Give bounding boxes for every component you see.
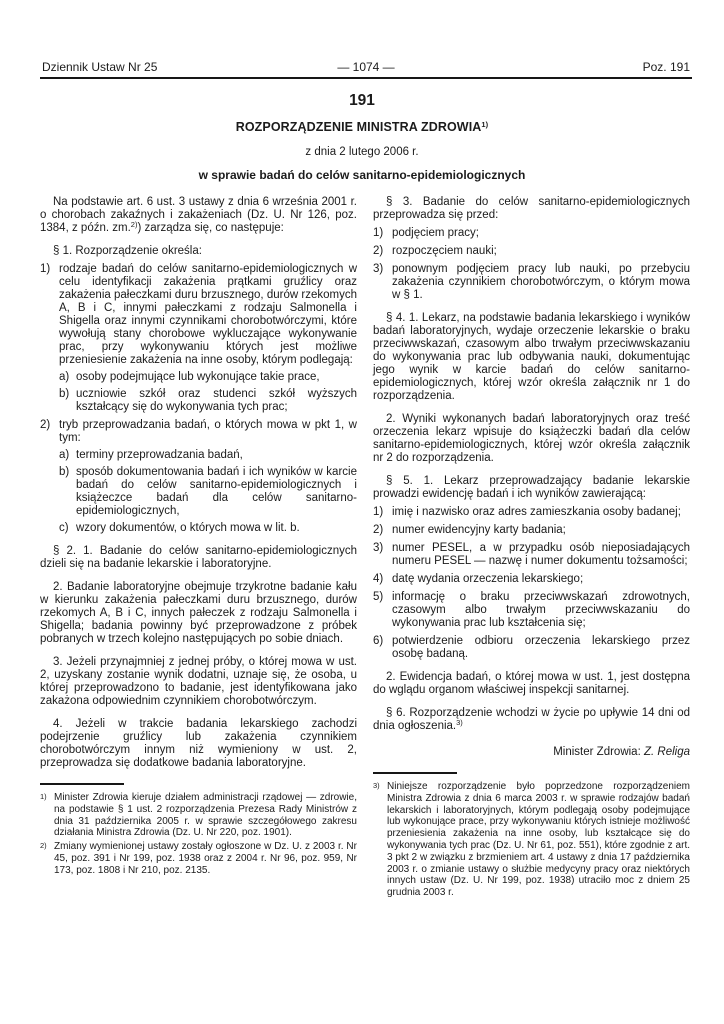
act-title: ROZPORZĄDZENIE MINISTRA ZDROWIA1): [0, 120, 724, 134]
paragraph: 2. Ewidencja badań, o której mowa w ust.…: [373, 671, 690, 697]
document-page: Dziennik Ustaw Nr 25 — 1074 — Poz. 191 1…: [0, 0, 724, 1024]
list-item-text: wzory dokumentów, o których mowa w lit. …: [76, 522, 357, 535]
list-item: 6)potwierdzenie odbioru orzeczenia lekar…: [373, 635, 690, 661]
footnote-marker: 1): [40, 791, 54, 838]
minister-signature: Minister Zdrowia: Z. Religa: [373, 746, 690, 759]
list-item-text: numer PESEL, a w przypadku osób nieposia…: [392, 542, 690, 568]
act-number: 191: [0, 92, 724, 110]
list-marker: b): [59, 466, 76, 518]
paragraph: 2. Wyniki wykonanych badań laboratoryjny…: [373, 413, 690, 465]
list-item: 4)datę wydania orzeczenia lekarskiego;: [373, 573, 690, 586]
list-item: a)osoby podejmujące lub wykonujące takie…: [59, 371, 357, 384]
list-marker: c): [59, 522, 76, 535]
position-number: Poz. 191: [474, 60, 690, 74]
list-item-text: podjęciem pracy;: [392, 227, 690, 240]
list-marker: 6): [373, 635, 392, 661]
list-item: 5)informację o braku przeciwwskazań zdro…: [373, 591, 690, 630]
list-item: b)sposób dokumentowania badań i ich wyni…: [59, 466, 357, 518]
paragraph: § 6. Rozporządzenie wchodzi w życie po u…: [373, 707, 690, 733]
paragraph: 3. Jeżeli przynajmniej z jednej próby, o…: [40, 656, 357, 708]
footnote-marker: 3): [373, 780, 387, 898]
list-item: 2)tryb przeprowadzania badań, o których …: [40, 419, 357, 445]
footnote-marker: 2): [40, 840, 54, 875]
footnote-text: Niniejsze rozporządzenie było poprzedzon…: [387, 781, 690, 899]
list-item-text: rodzaje badań do celów sanitarno-epidemi…: [59, 263, 357, 367]
page-number: — 1074 —: [258, 60, 474, 74]
list-item-text: potwierdzenie odbioru orzeczenia lekarsk…: [392, 635, 690, 661]
list-item-text: terminy przeprowadzania badań,: [76, 449, 357, 462]
list-item: 3)ponownym podjęciem pracy lub nauki, po…: [373, 263, 690, 302]
list-item-text: uczniowie szkół oraz studenci szkół wyżs…: [76, 388, 357, 414]
list-marker: b): [59, 388, 76, 414]
footnote: 3)Niniejsze rozporządzenie było poprzedz…: [373, 781, 690, 899]
list-marker: 2): [40, 419, 59, 445]
footnote-text: Minister Zdrowia kieruje działem adminis…: [54, 792, 357, 839]
list-item: 2)rozpoczęciem nauki;: [373, 245, 690, 258]
act-subject: w sprawie badań do celów sanitarno-epide…: [0, 168, 724, 182]
list-item-text: sposób dokumentowania badań i ich wynikó…: [76, 466, 357, 518]
list-item-text: rozpoczęciem nauki;: [392, 245, 690, 258]
list-item-text: imię i nazwisko oraz adres zamieszkania …: [392, 506, 690, 519]
list-item-text: ponownym podjęciem pracy lub nauki, po p…: [392, 263, 690, 302]
list-marker: 3): [373, 263, 392, 302]
footnote-rule: [40, 783, 124, 785]
list-item: 1)imię i nazwisko oraz adres zamieszkani…: [373, 506, 690, 519]
left-column: Na podstawie art. 6 ust. 3 ustawy z dnia…: [40, 196, 357, 1024]
list-marker: a): [59, 371, 76, 384]
list-marker: 3): [373, 542, 392, 568]
footnote-ref-1: 1): [481, 120, 488, 129]
right-column: § 3. Badanie do celów sanitarno-epidemio…: [373, 196, 690, 1024]
paragraph: Na podstawie art. 6 ust. 3 ustawy z dnia…: [40, 196, 357, 235]
act-date: z dnia 2 lutego 2006 r.: [0, 146, 724, 158]
footnote: 2)Zmiany wymienionej ustawy zostały ogło…: [40, 841, 357, 876]
list-item-text: tryb przeprowadzania badań, o których mo…: [59, 419, 357, 445]
list-item: 1)podjęciem pracy;: [373, 227, 690, 240]
paragraph: § 3. Badanie do celów sanitarno-epidemio…: [373, 196, 690, 222]
paragraph: 2. Badanie laboratoryjne obejmuje trzykr…: [40, 581, 357, 646]
list-item: b)uczniowie szkół oraz studenci szkół wy…: [59, 388, 357, 414]
list-marker: 2): [373, 524, 392, 537]
list-marker: 2): [373, 245, 392, 258]
list-item: 2)numer ewidencyjny karty badania;: [373, 524, 690, 537]
list-item: c)wzory dokumentów, o których mowa w lit…: [59, 522, 357, 535]
footnote-rule: [373, 772, 457, 774]
list-item-text: osoby podejmujące lub wykonujące takie p…: [76, 371, 357, 384]
list-marker: 1): [373, 506, 392, 519]
running-header: Dziennik Ustaw Nr 25 — 1074 — Poz. 191: [42, 60, 690, 74]
paragraph: § 1. Rozporządzenie określa:: [40, 245, 357, 258]
list-item-text: informację o braku przeciwwskazań zdrowo…: [392, 591, 690, 630]
list-item: 3)numer PESEL, a w przypadku osób niepos…: [373, 542, 690, 568]
list-marker: a): [59, 449, 76, 462]
list-marker: 5): [373, 591, 392, 630]
header-rule: [40, 77, 692, 79]
footnote: 1)Minister Zdrowia kieruje działem admin…: [40, 792, 357, 839]
paragraph: § 2. 1. Badanie do celów sanitarno-epide…: [40, 545, 357, 571]
list-marker: 4): [373, 573, 392, 586]
paragraph: § 4. 1. Lekarz, na podstawie badania lek…: [373, 312, 690, 403]
paragraph: § 5. 1. Lekarz przeprowadzający badanie …: [373, 475, 690, 501]
list-marker: 1): [40, 263, 59, 367]
list-item: 1)rodzaje badań do celów sanitarno-epide…: [40, 263, 357, 367]
paragraph: 4. Jeżeli w trakcie badania lekarskiego …: [40, 718, 357, 770]
text-columns: Na podstawie art. 6 ust. 3 ustawy z dnia…: [40, 196, 690, 1024]
act-title-text: ROZPORZĄDZENIE MINISTRA ZDROWIA: [236, 120, 482, 134]
footnote-text: Zmiany wymienionej ustawy zostały ogłosz…: [54, 841, 357, 876]
journal-name: Dziennik Ustaw Nr 25: [42, 60, 258, 74]
footnote-ref: 3): [456, 718, 463, 727]
list-item-text: datę wydania orzeczenia lekarskiego;: [392, 573, 690, 586]
list-marker: 1): [373, 227, 392, 240]
list-item-text: numer ewidencyjny karty badania;: [392, 524, 690, 537]
list-item: a)terminy przeprowadzania badań,: [59, 449, 357, 462]
